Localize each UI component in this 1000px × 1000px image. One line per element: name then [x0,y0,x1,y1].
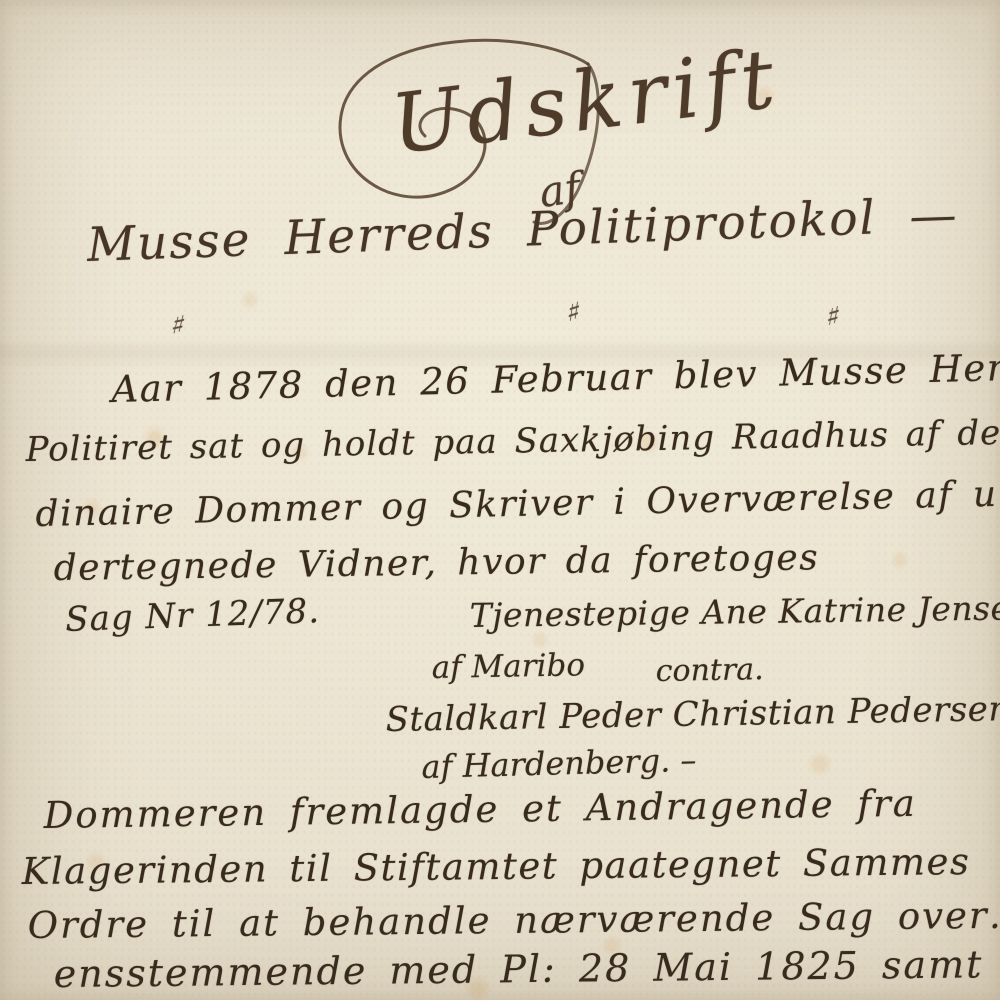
body-opening-line-1: Aar 1878 den 26 Februar blev Musse Herre… [111,344,1000,411]
ink-flourish-mark: ♯ [565,296,582,329]
body-proceeding-line-2: Klagerinden til Stiftamtet paategnet Sam… [22,840,971,893]
body-opening-line-3: dinaire Dommer og Skriver i Overværelse … [35,473,1000,535]
body-proceeding-line-1: Dommeren fremlagde et Andragende fra [43,782,917,837]
defendant-name: Staldkarl Peder Christian Pedersen [385,689,1000,740]
plaintiff-place: af Maribo [431,647,585,686]
ink-flourish-mark: ♯ [168,309,188,342]
case-number: Sag Nr 12/78. [65,591,321,640]
versus-label: contra. [655,652,764,689]
ink-flourish-mark: ♯ [824,300,842,333]
manuscript-page: Udskrift af Musse Herreds Politiprotokol… [0,0,1000,1000]
body-opening-line-4: dertegnede Vidner, hvor da foretoges [53,537,819,589]
plaintiff-name: Tjenestepige Ane Katrine Jensen [469,588,1000,635]
defendant-place: af Hardenberg. – [421,741,697,786]
body-proceeding-line-4: ensstemmende med Pl: 28 Mai 1825 samt [54,942,984,996]
body-proceeding-line-3: Ordre til at behandle nærværende Sag ove… [28,894,1000,947]
body-opening-line-2: Politiret sat og holdt paa Saxkjøbing Ra… [25,411,1000,470]
